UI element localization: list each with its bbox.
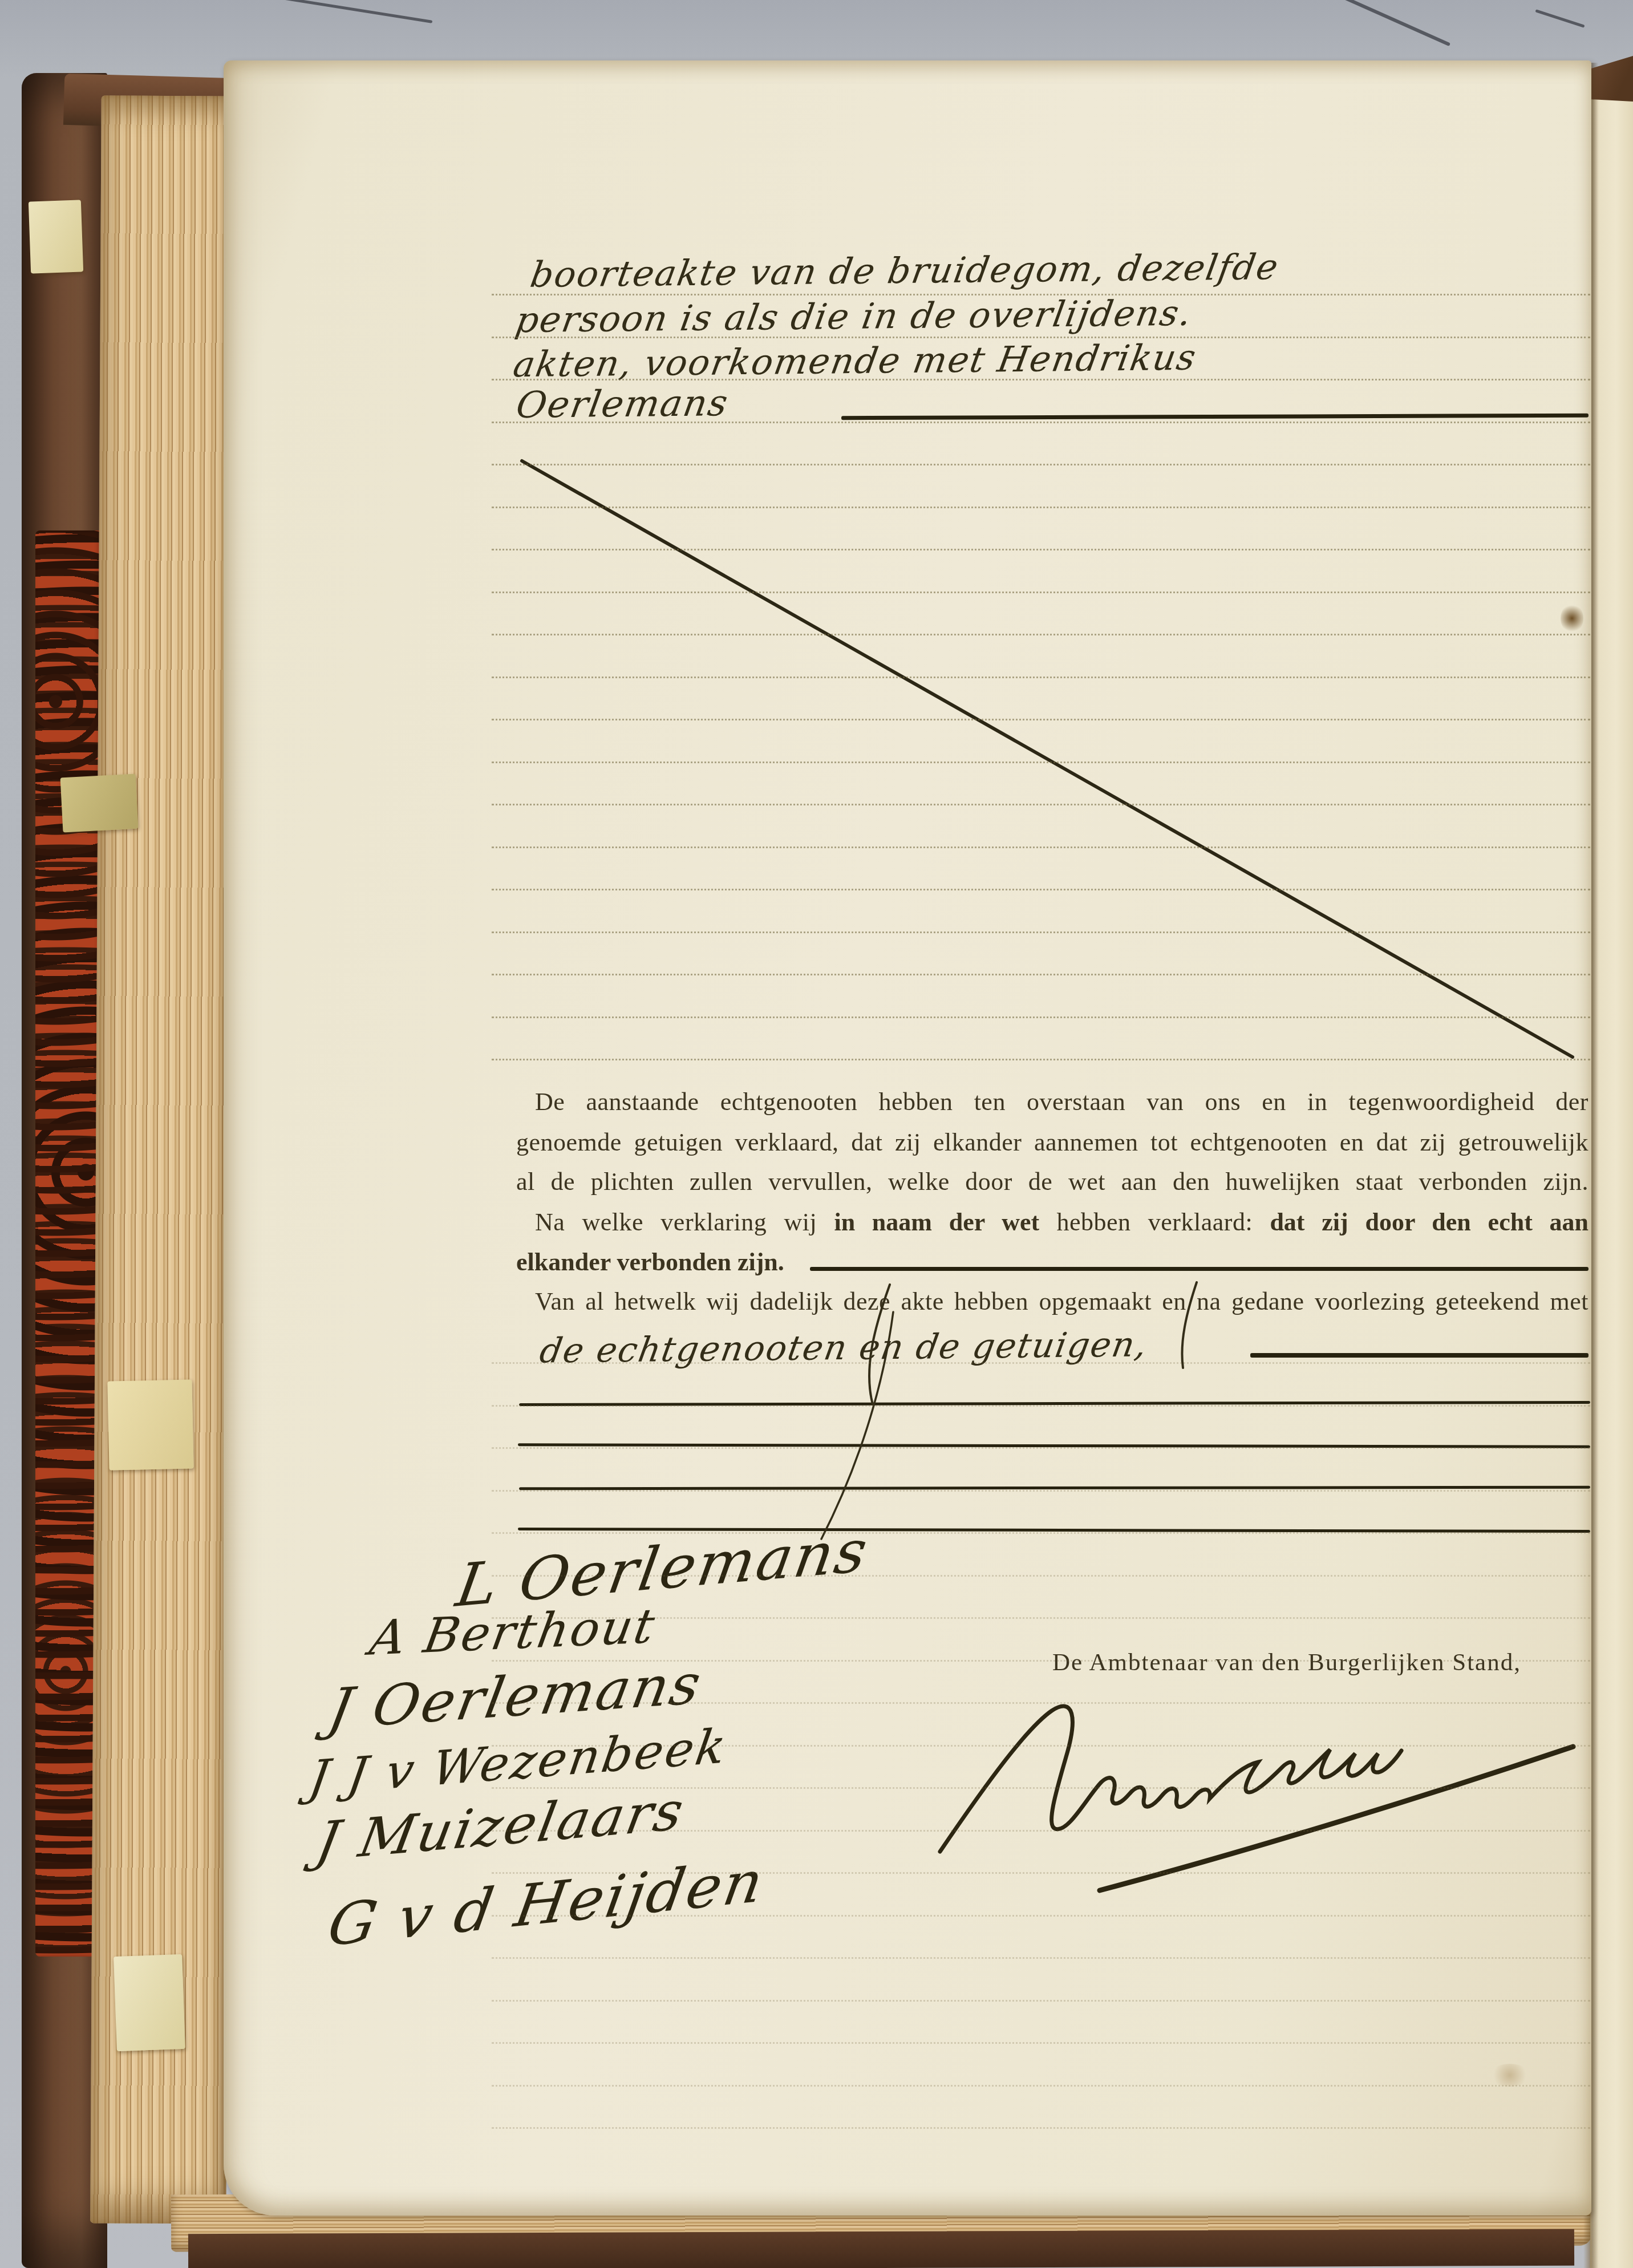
ruled-line [492, 1787, 1590, 1789]
ruled-line [492, 1490, 1590, 1492]
backdrop-scratch [1230, 0, 1450, 46]
ruled-line [492, 1059, 1590, 1060]
ruled-line [492, 889, 1590, 890]
printed-bold-text: dat zij door den echt aan [1270, 1208, 1589, 1236]
bookmark-tab [60, 774, 139, 833]
handwritten-entry-line: boorteakte van de bruidegom, dezelfde [528, 246, 1282, 295]
ruled-line [492, 464, 1590, 465]
ruled-line [492, 719, 1590, 720]
backdrop-scratch [1535, 9, 1585, 28]
printed-text: hebben verklaard: [1039, 1208, 1270, 1236]
ruled-line [492, 337, 1590, 338]
ruled-line [492, 847, 1590, 848]
bookmark-tab [29, 200, 83, 273]
ruled-line [492, 422, 1590, 423]
printed-declaration-line: Na welke verklaring wij in naam der wet … [535, 1208, 1589, 1237]
ink-stain [1561, 604, 1583, 633]
book-photo: { "colors": { "paper": "#ece6d0", "ink":… [0, 0, 1633, 2268]
ruled-line [492, 1872, 1590, 1874]
insert-filler-rule [1250, 1353, 1589, 1358]
leather-bottom-edge [188, 2229, 1574, 2268]
ruled-line [492, 1447, 1590, 1449]
page-stack-edges [90, 95, 237, 2224]
ruled-line [492, 677, 1590, 678]
ruled-line [492, 974, 1590, 975]
ruled-line [492, 379, 1590, 380]
ruled-line [492, 1405, 1590, 1407]
printed-declaration-line: al de plichten zullen vervullen, welke d… [516, 1167, 1589, 1196]
ruled-line [492, 2127, 1590, 2129]
ruled-line [492, 549, 1590, 550]
ruled-line [492, 1745, 1590, 1747]
ruled-line [492, 1830, 1590, 1832]
ruled-line [492, 1957, 1590, 1959]
ruled-line [492, 1016, 1590, 1018]
printed-filler-rule [810, 1267, 1589, 1271]
ruled-line [492, 507, 1590, 508]
ruled-line [492, 592, 1590, 593]
bookmark-tab [114, 1954, 185, 2051]
ruled-line [492, 1532, 1590, 1534]
official-title: De Ambtenaar van den Burgerlijken Stand, [1052, 1649, 1521, 1676]
ruled-line [492, 294, 1590, 295]
ruled-line [492, 1362, 1590, 1364]
ruled-line [492, 2000, 1590, 2002]
ruled-line [492, 1660, 1590, 1662]
handwritten-entry-line: Oerlemans [513, 382, 732, 427]
ruled-line [492, 2085, 1590, 2087]
printed-declaration-line: Van al hetwelk wij dadelijk deze akte he… [535, 1287, 1589, 1316]
handwritten-entry-line: persoon is als die in de overlijdens. [513, 292, 1196, 341]
printed-declaration-line: genoemde getuigen verklaard, dat zij elk… [516, 1128, 1589, 1157]
ruled-line [492, 762, 1590, 763]
ruled-line [492, 1617, 1590, 1619]
backdrop-scratch [246, 0, 433, 23]
printed-bold-text: elkander verbonden zijn. [516, 1248, 784, 1276]
ruled-line [492, 1575, 1590, 1577]
handwritten-entry-line: akten, voorkomende met Hendrikus [510, 337, 1200, 386]
ruled-line [492, 634, 1590, 635]
printed-declaration-line: De aanstaande echtgenooten hebben ten ov… [535, 1087, 1589, 1116]
ruled-line [492, 2042, 1590, 2044]
printed-bold-text: in naam der wet [834, 1208, 1039, 1236]
bookmark-tab [107, 1379, 193, 1470]
printed-declaration-line: elkander verbonden zijn. [516, 1248, 784, 1277]
ruled-line [492, 804, 1590, 805]
foxing-spot [1490, 2064, 1530, 2087]
ruled-line [492, 1702, 1590, 1704]
ruled-line [492, 1915, 1590, 1917]
handwritten-insert-line: de echtgenooten en de getuigen, [537, 1325, 1150, 1371]
ruled-line [492, 931, 1590, 933]
printed-text: Na welke verklaring wij [535, 1208, 834, 1236]
